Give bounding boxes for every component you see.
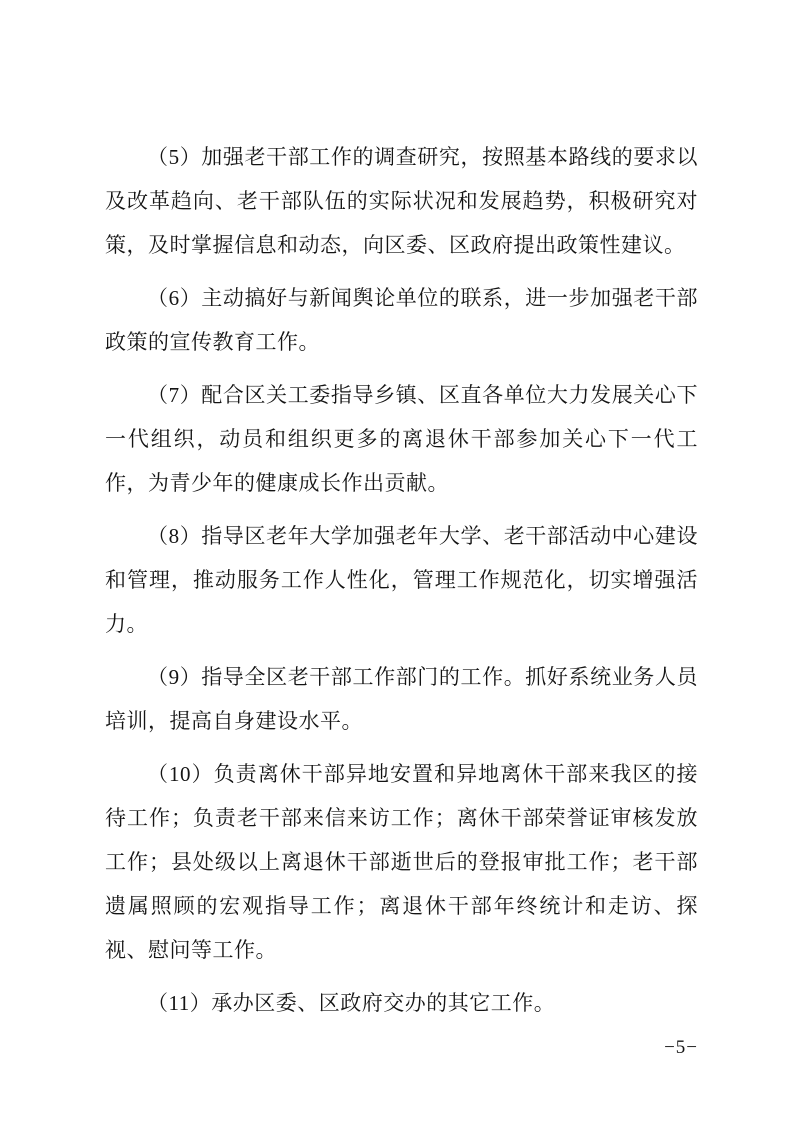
- paragraph-clause-11: （11）承办区委、区政府交办的其它工作。: [105, 981, 698, 1025]
- paragraph-clause-6: （6）主动搞好与新闻舆论单位的联系，进一步加强老干部政策的宣传教育工作。: [105, 276, 698, 364]
- document-page: （5）加强老干部工作的调查研究，按照基本路线的要求以及改革趋向、老干部队伍的实际…: [0, 0, 793, 1122]
- paragraph-clause-5: （5）加强老干部工作的调查研究，按照基本路线的要求以及改革趋向、老干部队伍的实际…: [105, 135, 698, 267]
- paragraph-clause-9: （9）指导全区老干部工作部门的工作。抓好系统业务人员培训，提高自身建设水平。: [105, 655, 698, 743]
- page-number: −5−: [105, 1035, 698, 1061]
- paragraph-clause-10: （10）负责离休干部异地安置和异地离休干部来我区的接待工作；负责老干部来信来访工…: [105, 752, 698, 972]
- document-body: （5）加强老干部工作的调查研究，按照基本路线的要求以及改革趋向、老干部队伍的实际…: [105, 135, 698, 1025]
- paragraph-clause-8: （8）指导区老年大学加强老年大学、老干部活动中心建设和管理，推动服务工作人性化，…: [105, 514, 698, 646]
- paragraph-clause-7: （7）配合区关工委指导乡镇、区直各单位大力发展关心下一代组织，动员和组织更多的离…: [105, 373, 698, 505]
